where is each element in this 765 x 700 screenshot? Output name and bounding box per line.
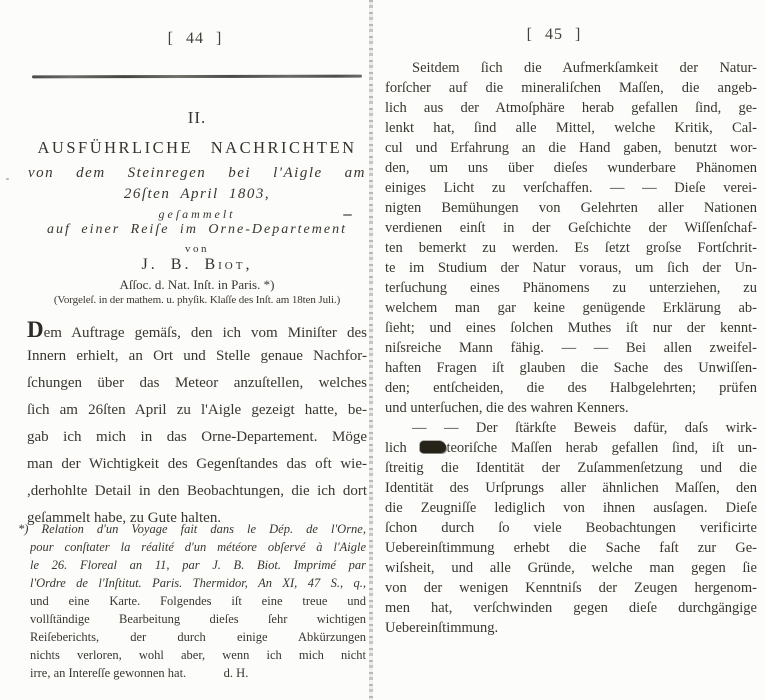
footnote-line: l'Ordre de l'Inſtitut. Paris. Thermidor,… [30,574,366,592]
text-line: die Zeugniſſe lediglich von ihnen ausſag… [385,498,757,518]
text-line: welchem man gar keine genügende Erklärun… [385,298,757,318]
text-line: den; entſcheiden, die des Halbgelehrten;… [385,378,757,398]
footnote-line: irre, an Intereſſe gewonnen hat. d. H. [30,664,366,682]
title-block: II. AUSFÜHRLICHE NACHRICHTEN von dem Ste… [28,108,366,310]
book-scan: [ 44 ] II. AUSFÜHRLICHE NACHRICHTEN von … [0,0,765,700]
page-number-right: [ 45 ] [378,26,730,44]
byline-von: von [28,243,366,256]
text-line: lich teoriſche Maſſen herab gefallen ſin… [385,438,757,458]
ink-blot [420,441,446,453]
page-44: [ 44 ] II. AUSFÜHRLICHE NACHRICHTEN von … [0,0,370,700]
footnote-line: le 26. Floreal an 11, par J. B. Biot. Im… [30,556,366,574]
author-affiliation: Aſſoc. d. Nat. Inſt. in Paris. *) [28,277,366,294]
text-line: Dem Auftrage gemäſs, den ich vom Miniſte… [27,316,367,343]
text-line: ſchon durch ſo viele Beobachtungen verif… [385,518,757,538]
text-line: ſieht; und eines ſolchen Muthes iſt nur … [385,318,757,338]
article-title: AUSFÜHRLICHE NACHRICHTEN [28,138,366,165]
text-line: te im Studium der Natur voraus, um ſich … [385,258,757,278]
body-text-right: Seitdem ſich die Aufmerkſamkeit der Natu… [385,58,757,638]
text-line: und unterſuchen, die des wahren Kenners. [385,398,757,418]
presentation-note: (Vorgeleſ. in der mathem. u. phyſik. Kla… [28,294,366,310]
text-line: einiges Licht zu verſchaffen. — — Dieſe … [385,178,757,198]
text-line: wiſsheit, und alle Gründe, welche man ge… [385,558,757,578]
text-line: von der wenigen Kenntniſs der Zeugen her… [385,578,757,598]
footnote-line: und eine Karte. Folgendes iſt eine treue… [30,592,366,610]
article-subtitle-line3: geſammelt [28,207,366,222]
header-rule [32,75,362,79]
footnote: *) Relation d'un Voyage fait dans le Dép… [18,520,366,682]
author-name: J. B. Biot, [28,256,366,277]
text-line: niſsreiche Mann fähig. — — Bei allen zwe… [385,338,757,358]
scan-speck [6,178,9,180]
text-line: Innern erhielt, an Ort und Stelle genaue… [27,343,367,370]
footnote-line: *) Relation d'un Voyage fait dans le Dép… [18,520,366,538]
article-subtitle-line1: von dem Steinregen bei l'Aigle am [28,165,366,186]
section-numeral: II. [28,108,366,138]
scan-speck [343,214,352,216]
footnote-line: nichts verloren, wohl aber, wenn ich mic… [30,646,366,664]
page-45: [ 45 ] Seitdem ſich die Aufmerkſamkeit d… [378,0,765,700]
text-line: forſcher auf die mineraliſchen Maſſen, d… [385,78,757,98]
text-line: nigten Bemühungen von Gelehrten aller Na… [385,198,757,218]
text-line: Uebereinſtimmung. [385,618,757,638]
text-line: terſuchung eines Phänomens zu unterziehe… [385,278,757,298]
text-line: Uebereinſtimmung erhebt die Sache faſt z… [385,538,757,558]
page-number-left: [ 44 ] [20,30,370,48]
text-line: ſtreitig die Identität der Zuſammenſetzu… [385,458,757,478]
text-line: — — Der ſtärkſte Beweis dafür, daſs wirk… [385,418,757,438]
text-line: den, um uns über dieſes wunderbare Phäno… [385,158,757,178]
body-text-left: Dem Auftrage gemäſs, den ich vom Miniſte… [27,316,367,532]
page-gutter-shadow [369,0,373,700]
footnote-line: pour conſtater la réalité d'un météore o… [30,538,366,556]
text-line: ,derhohlte Detail in den Beobachtungen, … [27,478,367,505]
text-line: men hat, verſchwinden gegen dieſe durchg… [385,598,757,618]
footnote-line: vollſtändige Bearbeitung dieſes ſehr wic… [30,610,366,628]
text-line: ten bemerkt zu werden. Es ſetzt groſse F… [385,238,757,258]
text-line: ſchungen über das Meteor anzuſtellen, we… [27,370,367,397]
text-line: Identität des Urſprungs aller ähnlichen … [385,478,757,498]
text-line: Seitdem ſich die Aufmerkſamkeit der Natu… [385,58,757,78]
text-line: gab ich mich in das Orne-Departement. Mö… [27,424,367,451]
article-subtitle-line4: auf einer Reiſe im Orne-Departement [28,222,366,243]
article-subtitle-line2: 26ſten April 1803, [28,186,366,207]
text-line: verdienen einſt in der Geſchichte der Wi… [385,218,757,238]
text-line: cul und Erfahrung an die Hand gaben, ben… [385,138,757,158]
text-line: lich aus der Atmoſphäre herab gefallen ſ… [385,98,757,118]
footnote-line: Reiſeberichts, der durch einige Abkürzun… [30,628,366,646]
text-line: man der Wichtigkeit des Gegenſtandes das… [27,451,367,478]
text-line: ſich am 26ſten April zu l'Aigle gezeigt … [27,397,367,424]
text-line: lenkt hat, ſind alle Mittel, welche Krit… [385,118,757,138]
text-line: haften Fragen iſt glauben die Sache des … [385,358,757,378]
